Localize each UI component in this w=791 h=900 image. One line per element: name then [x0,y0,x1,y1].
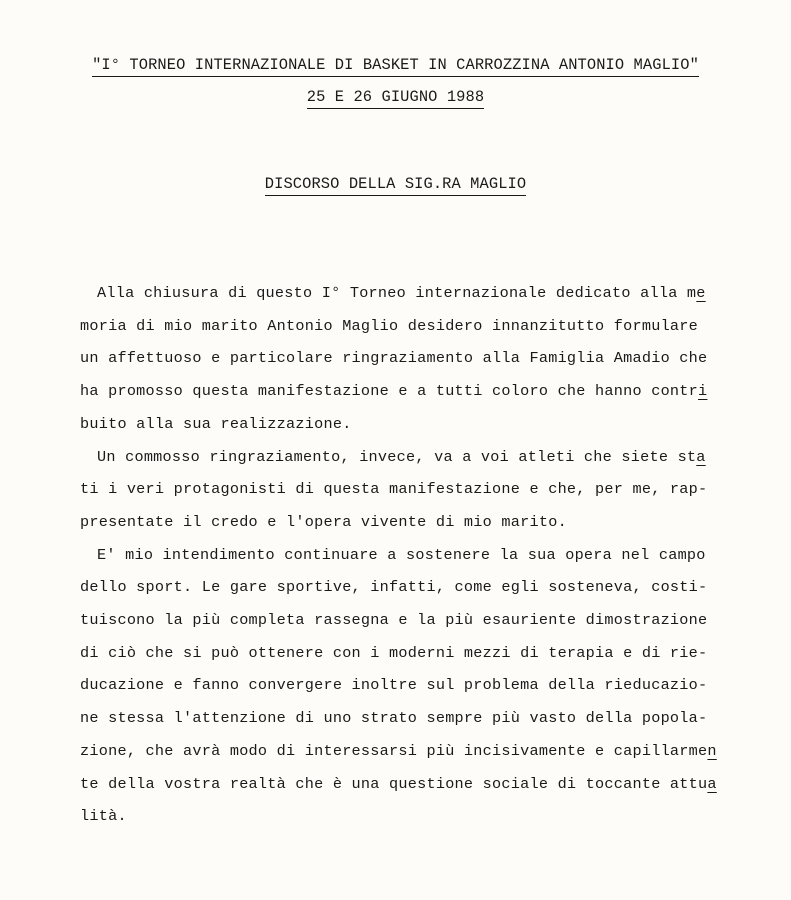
speech-title-text: DISCORSO DELLA SIG.RA MAGLIO [265,175,526,196]
paragraph-2-line: Un commosso ringraziamento, invece, va a… [97,448,706,466]
hyphenation-underline-char: n [707,742,716,760]
line-text: ducazione e fanno convergere inoltre sul… [80,676,707,694]
paragraph-1-line: ha promosso questa manifestazione e a tu… [80,382,707,400]
speech-title: DISCORSO DELLA SIG.RA MAGLIO [0,175,791,193]
line-text: Alla chiusura di questo I° Torneo intern… [97,284,696,302]
line-text: un affettuoso e particolare ringraziamen… [80,349,707,367]
hyphenation-underline-char: a [696,448,705,466]
paragraph-3-line: ducazione e fanno convergere inoltre sul… [80,676,707,694]
tournament-date: 25 E 26 GIUGNO 1988 [0,88,791,106]
line-text: ha promosso questa manifestazione e a tu… [80,382,698,400]
line-text: te della vostra realtà che è una questio… [80,775,707,793]
tournament-title-text: "I° TORNEO INTERNAZIONALE DI BASKET IN C… [92,56,699,77]
paragraph-3-line: zione, che avrà modo di interessarsi più… [80,742,717,760]
paragraph-1-line: buito alla sua realizzazione. [80,415,352,433]
paragraph-3-line: lità. [80,807,127,825]
line-text: buito alla sua realizzazione. [80,415,352,433]
paragraph-3-line: dello sport. Le gare sportive, infatti, … [80,578,707,596]
line-text: moria di mio marito Antonio Maglio desid… [80,317,698,335]
tournament-title: "I° TORNEO INTERNAZIONALE DI BASKET IN C… [0,56,791,74]
document-page: "I° TORNEO INTERNAZIONALE DI BASKET IN C… [0,0,791,900]
line-text: E' mio intendimento continuare a sostene… [97,546,706,564]
line-text: ne stessa l'attenzione di uno strato sem… [80,709,707,727]
line-text: dello sport. Le gare sportive, infatti, … [80,578,707,596]
hyphenation-underline-char: i [698,382,707,400]
paragraph-3-line: di ciò che si può ottenere con i moderni… [80,644,707,662]
hyphenation-underline-char: e [696,284,705,302]
paragraph-1-line: Alla chiusura di questo I° Torneo intern… [97,284,706,302]
line-text: presentate il credo e l'opera vivente di… [80,513,567,531]
paragraph-3-line: ne stessa l'attenzione di uno strato sem… [80,709,707,727]
line-text: zione, che avrà modo di interessarsi più… [80,742,707,760]
paragraph-1-line: moria di mio marito Antonio Maglio desid… [80,317,698,335]
paragraph-3-line: tuiscono la più completa rassegna e la p… [80,611,707,629]
line-text: ti i veri protagonisti di questa manifes… [80,480,707,498]
paragraph-3-line: E' mio intendimento continuare a sostene… [97,546,706,564]
paragraph-1-line: un affettuoso e particolare ringraziamen… [80,349,707,367]
line-text: lità. [80,807,127,825]
hyphenation-underline-char: a [707,775,716,793]
line-text: tuiscono la più completa rassegna e la p… [80,611,707,629]
paragraph-2-line: ti i veri protagonisti di questa manifes… [80,480,707,498]
tournament-date-text: 25 E 26 GIUGNO 1988 [307,88,484,109]
paragraph-3-line: te della vostra realtà che è una questio… [80,775,717,793]
paragraph-2-line: presentate il credo e l'opera vivente di… [80,513,567,531]
line-text: Un commosso ringraziamento, invece, va a… [97,448,696,466]
line-text: di ciò che si può ottenere con i moderni… [80,644,707,662]
